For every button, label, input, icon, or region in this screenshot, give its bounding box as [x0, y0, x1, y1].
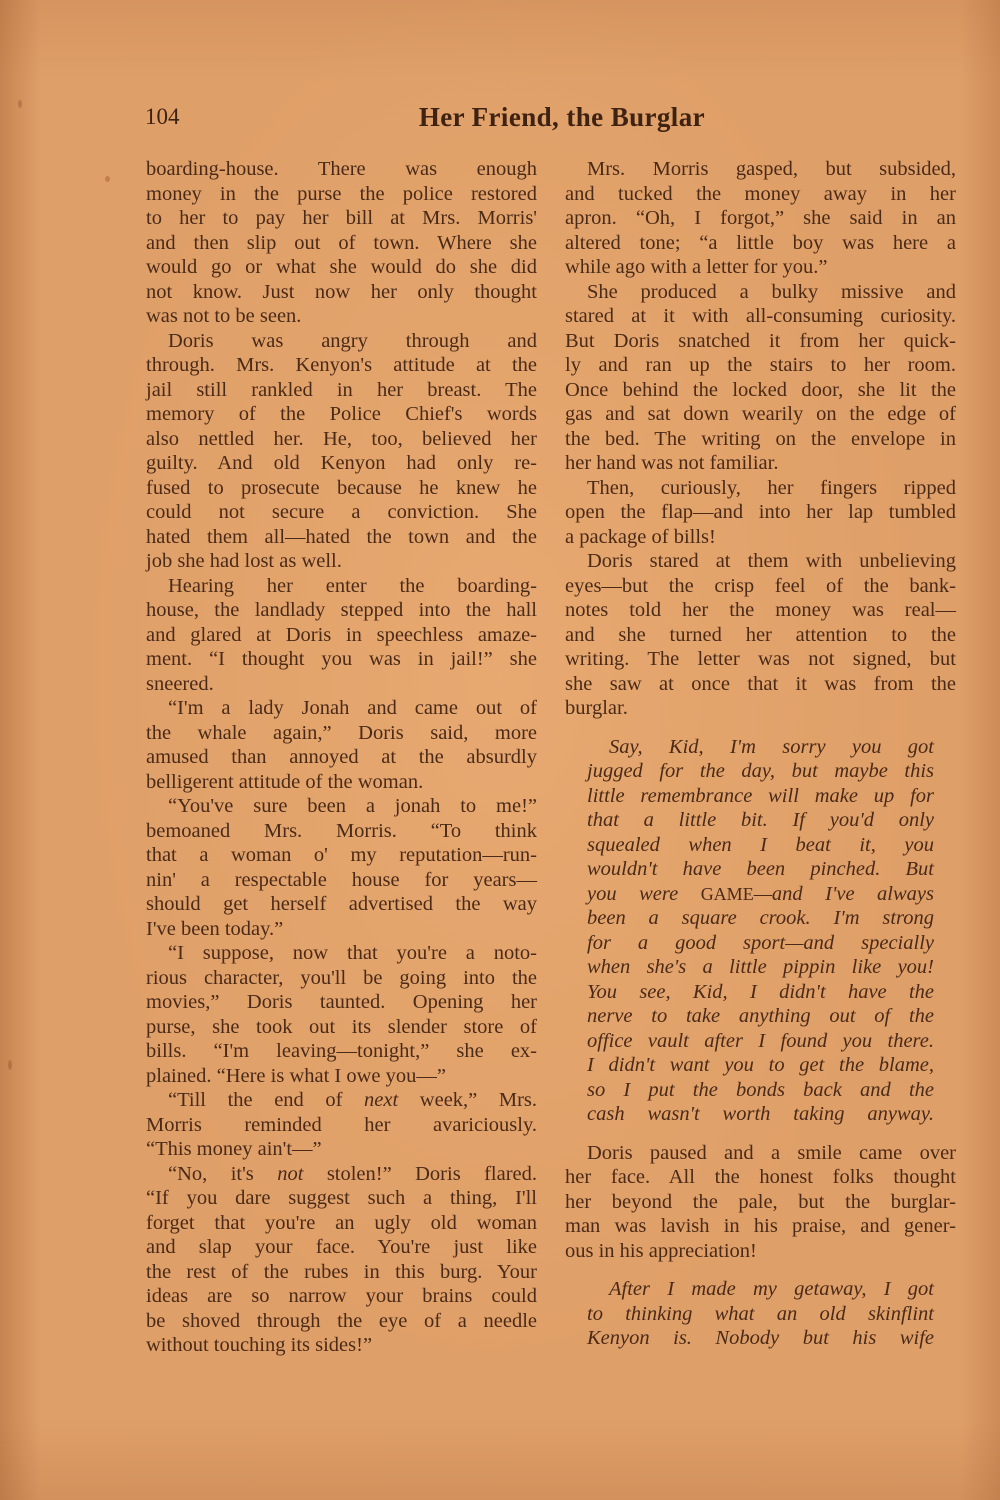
- text-line: purse, she took out its slender store of: [146, 1015, 537, 1040]
- emphasis-word: not: [277, 1163, 303, 1185]
- text-line: the rest of the rubes in this burg. Your: [146, 1260, 537, 1285]
- text-line: boarding-house. There was enough: [146, 157, 537, 182]
- text-line: was not to be seen.: [146, 304, 537, 329]
- text-line: “This money ain't—”: [146, 1137, 537, 1162]
- text-line: gas and sat down wearily on the edge of: [565, 402, 956, 427]
- paragraph-start: “I'm a lady Jonah and came out of: [146, 696, 537, 721]
- text-line: a package of bills!: [565, 525, 956, 550]
- text-line: belligerent attitude of the woman.: [146, 770, 537, 795]
- text-line: her hand was not familiar.: [565, 451, 956, 476]
- text-line: without touching its sides!”: [146, 1333, 537, 1358]
- book-page: 104 Her Friend, the Burglar boarding-hou…: [0, 0, 1000, 1500]
- page-number: 104: [145, 104, 180, 130]
- letter-line: that a little bit. If you'd only: [587, 808, 934, 833]
- text-line: money in the purse the police restored: [146, 182, 537, 207]
- text-line: stared at it with all-consuming curiosit…: [565, 304, 956, 329]
- text-line: amused than annoyed at the absurdly: [146, 745, 537, 770]
- text-line: nin' a respectable house for years—: [146, 868, 537, 893]
- text-line: bills. “I'm leaving—tonight,” she ex-: [146, 1039, 537, 1064]
- paper-stain: [105, 176, 110, 182]
- text-line: the whale again,” Doris said, more: [146, 721, 537, 746]
- text-line: she saw at once that it was from the: [565, 672, 956, 697]
- letter-line: squealed when I beat it, you: [587, 833, 934, 858]
- paragraph-start: Then, curiously, her fingers ripped: [565, 476, 956, 501]
- page-header: 104 Her Friend, the Burglar: [145, 102, 705, 138]
- text-fragment: “Till the end of: [168, 1089, 342, 1111]
- text-line: open the flap—and into her lap tumbled: [565, 500, 956, 525]
- letter-line: for a good sport—and specially: [587, 931, 934, 956]
- text-line: could not secure a conviction. She: [146, 500, 537, 525]
- text-line: through. Mrs. Kenyon's attitude at the: [146, 353, 537, 378]
- letter-line: cash wasn't worth taking anyway.: [587, 1102, 934, 1127]
- running-title: Her Friend, the Burglar: [419, 102, 705, 133]
- letter-line: Kenyon is. Nobody but his wife: [587, 1326, 934, 1351]
- text-line: plained. “Here is what I owe you—”: [146, 1064, 537, 1089]
- text-line: ideas are so narrow your brains could: [146, 1284, 537, 1309]
- text-line: altered tone; “a little boy was here a: [565, 231, 956, 256]
- text-line: movies,” Doris taunted. Opening her: [146, 990, 537, 1015]
- paragraph-start: “I suppose, now that you're a noto-: [146, 941, 537, 966]
- text-line: memory of the Police Chief's words: [146, 402, 537, 427]
- text-line: house, the landlady stepped into the hal…: [146, 598, 537, 623]
- letter-line: You see, Kid, I didn't have the: [587, 980, 934, 1005]
- paper-stain: [18, 100, 22, 108]
- text-line: job she had lost as well.: [146, 549, 537, 574]
- letter-excerpt-1: Say, Kid, I'm sorry you got jugged for t…: [565, 735, 956, 1127]
- text-fragment: week,” Mrs.: [420, 1089, 537, 1111]
- paragraph-start: Mrs. Morris gasped, but subsided,: [565, 157, 956, 182]
- text-line: the bed. The writing on the envelope in: [565, 427, 956, 452]
- letter-line: wouldn't have been pinched. But: [587, 857, 934, 882]
- text-fragment: “No, it's: [168, 1163, 254, 1185]
- letter-line: you were GAME—and I've always: [587, 882, 934, 907]
- letter-line: office vault after I found you there.: [587, 1029, 934, 1054]
- text-line: Once behind the locked door, she lit the: [565, 378, 956, 403]
- text-line: jail still rankled in her breast. The: [146, 378, 537, 403]
- text-line: eyes—but the crisp feel of the bank-: [565, 574, 956, 599]
- small-caps-word: GAME: [701, 884, 754, 904]
- letter-line: Say, Kid, I'm sorry you got: [587, 735, 934, 760]
- text-fragment: you were: [587, 883, 678, 905]
- text-line: ous in his appreciation!: [565, 1239, 956, 1264]
- letter-line: so I put the bonds back and the: [587, 1078, 934, 1103]
- paragraph-start: Doris was angry through and: [146, 329, 537, 354]
- letter-line: nerve to take anything out of the: [587, 1004, 934, 1029]
- text-line: apron. “Oh, I forgot,” she said in an: [565, 206, 956, 231]
- paragraph-start: “You've sure been a jonah to me!”: [146, 794, 537, 819]
- paragraph-start: She produced a bulky missive and: [565, 280, 956, 305]
- letter-line: After I made my getaway, I got: [587, 1277, 934, 1302]
- emphasis-word: next: [364, 1089, 398, 1111]
- text-line: rious character, you'll be going into th…: [146, 966, 537, 991]
- spacer: [565, 721, 956, 735]
- letter-line: I didn't want you to get the blame,: [587, 1053, 934, 1078]
- text-line: hated them all—hated the town and the: [146, 525, 537, 550]
- letter-excerpt-2: After I made my getaway, I got to thinki…: [565, 1277, 956, 1351]
- right-column: Mrs. Morris gasped, but subsided, and tu…: [565, 157, 956, 1351]
- text-line: and glared at Doris in speechless amaze-: [146, 623, 537, 648]
- text-line: notes told her the money was real—: [565, 598, 956, 623]
- text-line: burglar.: [565, 696, 956, 721]
- text-line: should get herself advertised the way: [146, 892, 537, 917]
- text-line: writing. The letter was not signed, but: [565, 647, 956, 672]
- paper-stain: [8, 1060, 12, 1070]
- text-fragment: stolen!” Doris flared.: [327, 1163, 537, 1185]
- text-line: forget that you're an ugly old woman: [146, 1211, 537, 1236]
- letter-line: when she's a little pippin like you!: [587, 955, 934, 980]
- text-line: Morris reminded her avariciously.: [146, 1113, 537, 1138]
- text-line: “If you dare suggest such a thing, I'll: [146, 1186, 537, 1211]
- text-line: I've been today.”: [146, 917, 537, 942]
- letter-line: little remembrance will make up for: [587, 784, 934, 809]
- text-line: that a woman o' my reputation—run-: [146, 843, 537, 868]
- text-line: and tucked the money away in her: [565, 182, 956, 207]
- text-line: But Doris snatched it from her quick-: [565, 329, 956, 354]
- text-line: ly and ran up the stairs to her room.: [565, 353, 956, 378]
- text-fragment: —and I've always: [754, 883, 934, 905]
- text-line: and then slip out of town. Where she: [146, 231, 537, 256]
- text-line: bemoaned Mrs. Morris. “To think: [146, 819, 537, 844]
- text-line: and she turned her attention to the: [565, 623, 956, 648]
- text-line: be shoved through the eye of a needle: [146, 1309, 537, 1334]
- text-line: to her to pay her bill at Mrs. Morris': [146, 206, 537, 231]
- text-line: and slap your face. You're just like: [146, 1235, 537, 1260]
- text-line: her face. All the honest folks thought: [565, 1165, 956, 1190]
- text-line: ment. “I thought you was in jail!” she: [146, 647, 537, 672]
- paragraph-start: Doris paused and a smile came over: [565, 1141, 956, 1166]
- text-line: her beyond the pale, but the burglar-: [565, 1190, 956, 1215]
- paragraph-start: “Till the end of next week,” Mrs.: [146, 1088, 537, 1113]
- text-line: man was lavish in his praise, and gener-: [565, 1214, 956, 1239]
- spacer: [565, 1127, 956, 1141]
- paragraph-start: Hearing her enter the boarding-: [146, 574, 537, 599]
- text-line: fused to prosecute because he knew he: [146, 476, 537, 501]
- text-line: sneered.: [146, 672, 537, 697]
- letter-line: to thinking what an old skinflint: [587, 1302, 934, 1327]
- text-line: while ago with a letter for you.”: [565, 255, 956, 280]
- spacer: [565, 1263, 956, 1277]
- text-line: would go or what she would do she did: [146, 255, 537, 280]
- left-column: boarding-house. There was enough money i…: [146, 157, 537, 1358]
- paragraph-start: Doris stared at them with unbelieving: [565, 549, 956, 574]
- letter-line: been a square crook. I'm strong: [587, 906, 934, 931]
- text-line: guilty. And old Kenyon had only re-: [146, 451, 537, 476]
- text-line: also nettled her. He, too, believed her: [146, 427, 537, 452]
- paragraph-start: “No, it's not stolen!” Doris flared.: [146, 1162, 537, 1187]
- letter-line: jugged for the day, but maybe this: [587, 759, 934, 784]
- text-line: not know. Just now her only thought: [146, 280, 537, 305]
